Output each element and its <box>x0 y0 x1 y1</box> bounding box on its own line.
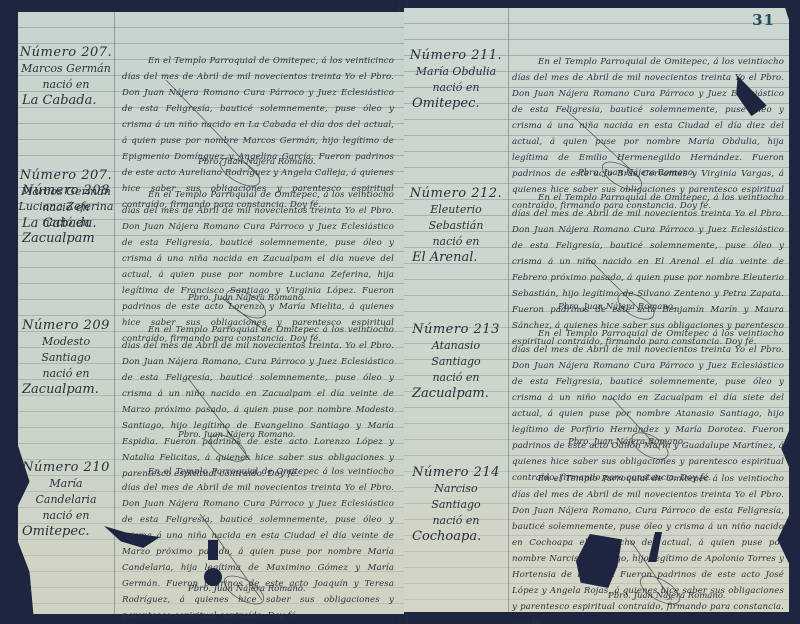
birthplace: Omitepec. <box>18 524 114 540</box>
entry-margin-note: Número 214 Narciso Santiago nació en Coc… <box>408 465 504 545</box>
entry-text: En el Templo Parroquial de Omitepec á lo… <box>512 326 784 486</box>
child-name: Atanasio Santiago <box>408 338 504 370</box>
priest-signature: Pbro. Juan Nájera Romano. <box>188 584 306 594</box>
entry-margin-note: Número 211. María Obdulia nació en Omite… <box>408 48 504 112</box>
child-name: Marcos Germán <box>18 61 114 77</box>
register-entry-209: Número 209 Modesto Santiago nació en Zac… <box>18 318 404 443</box>
entry-margin-note: Número 207. Marcos Germán nació en La Ca… <box>18 45 114 109</box>
entry-text: En el Templo Parroquial de Omitepec á lo… <box>512 471 784 624</box>
birthplace: Cochoapa. <box>408 529 504 545</box>
priest-signature: Pbro. Juan Nájera Romano. <box>188 293 306 303</box>
entry-margin-note: Número 209 Modesto Santiago nació en Zac… <box>18 318 114 398</box>
child-name: María Candelaria <box>18 476 114 508</box>
entry-number: Número 208 <box>18 183 114 199</box>
entry-number: Número 210 <box>18 460 114 476</box>
entry-number: Número 209 <box>18 318 114 334</box>
entry-text: En el Templo Parroquial de Omitepec á lo… <box>122 322 394 482</box>
register-entry-208: Número 208 Luciana Zeferina nació en Zac… <box>18 183 404 303</box>
birthplace: Zacualpam. <box>18 382 114 398</box>
entry-number: Número 213 <box>408 322 504 338</box>
born-label: nació en <box>18 215 114 231</box>
born-label: nació en <box>18 508 114 524</box>
child-name: Narciso Santiago <box>408 481 504 513</box>
born-label: nació en <box>408 80 504 96</box>
priest-signature: Pbro. Juan Nájera Romano. <box>578 168 696 178</box>
entry-margin-note: Número 212. Eleuterio Sebastián nació en… <box>408 186 504 266</box>
birthplace: Zacualpam <box>18 231 114 247</box>
priest-signature: Pbro. Juan Nájera Romano. <box>198 157 316 167</box>
entry-number: Número 214 <box>408 465 504 481</box>
entry-margin-note: Número 213 Atanasio Santiago nació en Za… <box>408 322 504 402</box>
birthplace: La Cabada. <box>18 93 114 109</box>
child-name: Eleuterio Sebastián <box>408 202 504 234</box>
paper-damage-hole <box>208 540 218 560</box>
entry-margin-note: Número 210 María Candelaria nació en Omi… <box>18 460 114 540</box>
child-name: Modesto Santiago <box>18 334 114 366</box>
entry-text: En el Templo Parroquial de Omitepec á lo… <box>122 464 394 624</box>
born-label: nació en <box>408 234 504 250</box>
birthplace: Omitepec. <box>408 96 504 112</box>
register-entry-212: Número 212. Eleuterio Sebastián nació en… <box>408 186 794 311</box>
entry-number: Número 211. <box>408 48 504 64</box>
register-entry-211: Número 211. María Obdulia nació en Omite… <box>408 48 794 178</box>
birthplace: Zacualpam. <box>408 386 504 402</box>
entry-number: Número 207. <box>18 45 114 61</box>
born-label: nació en <box>18 77 114 93</box>
entry-number: Número 212. <box>408 186 504 202</box>
priest-signature: Pbro. Juan Nájera Romano. <box>568 437 686 447</box>
born-label: nació en <box>408 513 504 529</box>
born-label: nació en <box>408 370 504 386</box>
child-name: Luciana Zeferina <box>18 199 114 215</box>
paper-damage-hole <box>204 568 222 586</box>
priest-signature: Pbro. Juan Nájera Romano. <box>558 302 676 312</box>
entry-margin-note: Número 208 Luciana Zeferina nació en Zac… <box>18 183 114 247</box>
register-entry-207: Número 207. Marcos Germán nació en La Ca… <box>18 45 404 175</box>
register-entry-213: Número 213 Atanasio Santiago nació en Za… <box>408 322 794 447</box>
born-label: nació en <box>18 366 114 382</box>
priest-signature: Pbro. Juan Nájera Romano. <box>178 430 296 440</box>
page-number: 31 <box>752 11 775 29</box>
priest-signature: Pbro. Juan Nájera Romano. <box>608 591 726 601</box>
birthplace: El Arenal. <box>408 250 504 266</box>
child-name: María Obdulia <box>408 64 504 80</box>
